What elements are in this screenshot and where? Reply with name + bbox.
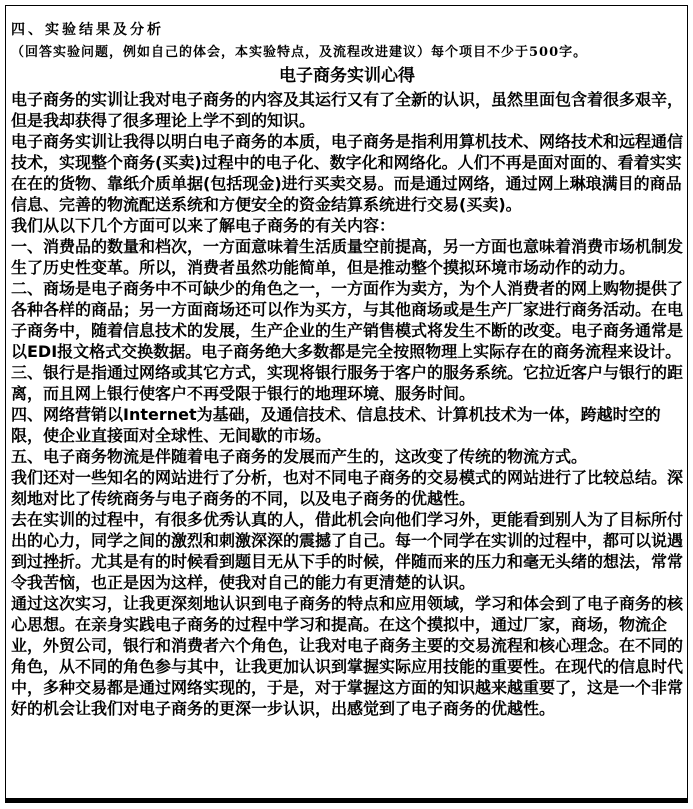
section-note: （回答实验问题，例如自己的体会，本实验特点，及流程改进建议）每个项目不少于500…	[11, 42, 683, 64]
document-page: 四、实验结果及分析 （回答实验问题，例如自己的体会，本实验特点，及流程改进建议）…	[0, 0, 693, 809]
paragraph: 五、电子商务物流是伴随着电子商务的发展而产生的，这改变了传统的物流方式。	[11, 446, 683, 467]
paragraph: 二、商场是电子商务中不可缺少的角色之一，一方面作为卖方，为个人消费者的网上购物提…	[11, 278, 683, 362]
paragraph: 一、消费品的数量和档次，一方面意味着生活质量空前提高，另一方面也意味着消费市场机…	[11, 236, 683, 278]
paragraph: 四、网络营销以Internet为基础，及通信技术、信息技术、计算机技术为一体，跨…	[11, 404, 683, 446]
doc-title: 电子商务实训心得	[11, 64, 683, 88]
paragraph: 电子商务实训让我得以明白电子商务的本质，电子商务是指利用算机技术、网络技术和远程…	[11, 131, 683, 215]
paragraph: 通过这次实习，让我更深刻地认识到电子商务的特点和应用领域，学习和体会到了电子商务…	[11, 593, 683, 719]
paragraph: 三、银行是指通过网络或其它方式，实现将银行服务于客户的服务系统。它拉近客户与银行…	[11, 362, 683, 404]
paragraphs: 电子商务的实训让我对电子商务的内容及其运行又有了全新的认识，虽然里面包含着很多艰…	[11, 89, 683, 719]
paragraph: 去在实训的过程中，有很多优秀认真的人，借此机会向他们学习外，更能看到别人为了目标…	[11, 509, 683, 593]
paragraph: 我们从以下几个方面可以来了解电子商务的有关内容：	[11, 215, 683, 236]
section-heading: 四、实验结果及分析	[11, 19, 683, 42]
document-border-box: 四、实验结果及分析 （回答实验问题，例如自己的体会，本实验特点，及流程改进建议）…	[5, 5, 688, 803]
paragraph: 电子商务的实训让我对电子商务的内容及其运行又有了全新的认识，虽然里面包含着很多艰…	[11, 89, 683, 131]
paragraph: 我们还对一些知名的网站进行了分析，也对不同电子商务的交易模式的网站进行了比较总结…	[11, 467, 683, 509]
